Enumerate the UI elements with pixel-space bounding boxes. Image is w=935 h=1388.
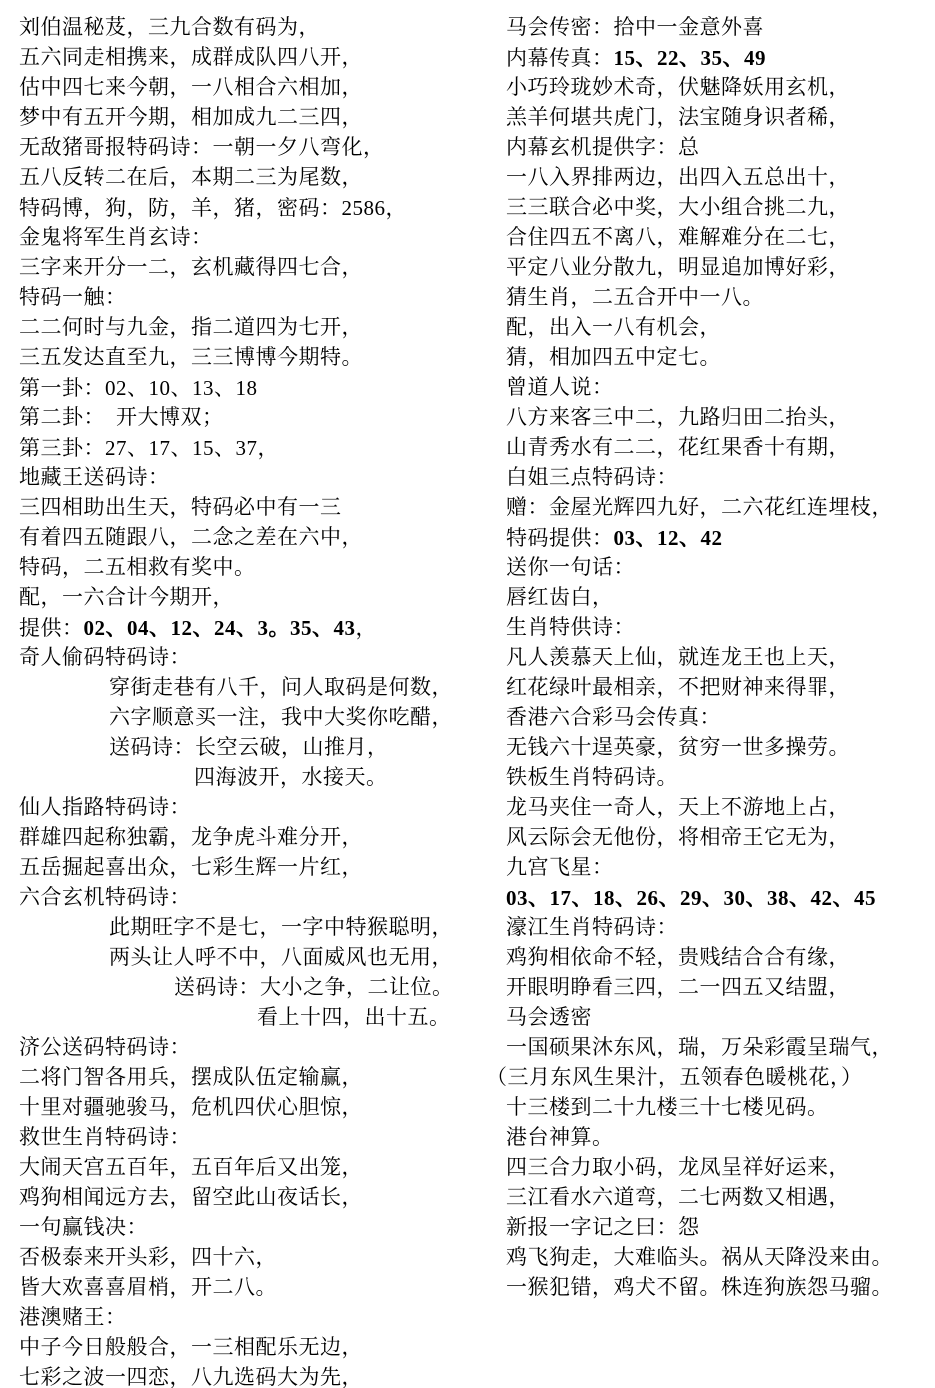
cjk-text-segment: 四海波开，水接天。 [194, 766, 388, 789]
cjk-text-segment: 五岳掘起喜出众，七彩生辉一片红， [19, 856, 363, 879]
text-line: 第二卦： 开大博双； [19, 403, 499, 433]
text-line: 红花绿叶最相亲，不把财神来得罪， [506, 673, 935, 703]
cjk-text-segment: ， [258, 437, 280, 460]
cjk-text-segment: 第一卦： [19, 377, 105, 400]
cjk-text-segment: 金鬼将军生肖玄诗： [19, 226, 213, 249]
text-line: 03、17、18、26、29、30、38、42、45 [506, 883, 935, 913]
cjk-text-segment: 内幕传真： [506, 47, 614, 70]
text-line: 一句赢钱决： [19, 1213, 499, 1243]
cjk-text-segment: 两头让人呼不中，八面威风也无用， [109, 946, 453, 969]
cjk-text-segment: 皆大欢喜喜眉梢，开二八。 [19, 1276, 277, 1299]
cjk-text-segment: ， [356, 617, 378, 640]
text-line: 十里对疆驰骏马，危机四伏心胆惊， [19, 1093, 499, 1123]
text-line: 五六同走相携来，成群成队四八开， [19, 43, 499, 73]
text-line: 特码博，狗，防，羊，猪，密码：2586， [19, 193, 499, 223]
cjk-text-segment: 送码诗：大小之争，二让位。 [174, 976, 454, 999]
cjk-text-segment: 开眼明睁看三四，二一四五又结盟， [506, 976, 850, 999]
text-line: 穿街走巷有八千，问人取码是何数， [109, 673, 499, 703]
cjk-text-segment: （三月东风生果汁，五领春色暖桃花，） [486, 1066, 863, 1089]
text-line: 鸡狗相闻远方去，留空此山夜话长， [19, 1183, 499, 1213]
text-line: 十三楼到二十九楼三十七楼见码。 [506, 1093, 935, 1123]
cjk-text-segment: 马会透密 [506, 1006, 592, 1029]
text-line: 两头让人呼不中，八面威风也无用， [109, 943, 499, 973]
cjk-text-segment: 二二何时与九金，指二道四为七开， [19, 316, 363, 339]
text-line: 开眼明睁看三四，二一四五又结盟， [506, 973, 935, 1003]
text-line: 奇人偷码特码诗： [19, 643, 499, 673]
cjk-text-segment: 鸡飞狗走，大难临头。祸从天降没来由。 [506, 1246, 893, 1269]
text-line: 大闹天宫五百年，五百年后又出笼， [19, 1153, 499, 1183]
number-segment: 03、12、42 [614, 526, 723, 550]
text-line: 小巧玲珑妙术奇，伏魅降妖用玄机， [506, 73, 935, 103]
cjk-text-segment: 大闹天宫五百年，五百年后又出笼， [19, 1156, 363, 1179]
cjk-text-segment: 奇人偷码特码诗： [19, 646, 191, 669]
text-line: 七彩之波一四恋，八九选码大为先， [19, 1363, 499, 1388]
text-line: 马会透密 [506, 1003, 935, 1033]
cjk-text-segment: 刘伯温秘芨，三九合数有码为， [19, 16, 320, 39]
cjk-text-segment: 赠：金屋光辉四九好，二六花红连埋枝， [506, 496, 893, 519]
number-segment: 27、17、15、37 [105, 436, 258, 460]
cjk-text-segment: 鸡狗相闻远方去，留空此山夜话长， [19, 1186, 363, 1209]
cjk-text-segment: 内幕玄机提供字：总 [506, 136, 700, 159]
cjk-text-segment: 九宫飞星： [506, 856, 614, 879]
cjk-text-segment: 唇红齿白， [506, 586, 614, 609]
cjk-text-segment: 曾道人说： [506, 376, 614, 399]
text-line: 马会传密：拾中一金意外喜 [506, 13, 935, 43]
cjk-text-segment: 二将门智各用兵，摆成队伍定输赢， [19, 1066, 363, 1089]
text-line: 鸡飞狗走，大难临头。祸从天降没来由。 [506, 1243, 935, 1273]
text-line: 一国硕果沐东风，瑞，万朵彩霞呈瑞气， [506, 1033, 935, 1063]
cjk-text-segment: 一八入界排两边，出四入五总出十， [506, 166, 850, 189]
cjk-text-segment: 穿街走巷有八千，问人取码是何数， [109, 676, 453, 699]
cjk-text-segment: 特码一触： [19, 286, 127, 309]
cjk-text-segment: 港台神算。 [506, 1126, 614, 1149]
text-line: 一八入界排两边，出四入五总出十， [506, 163, 935, 193]
text-line: 三五发达直至九，三三博博今期特。 [19, 343, 499, 373]
text-line: 香港六合彩马会传真： [506, 703, 935, 733]
cjk-text-segment: 送你一句话： [506, 556, 635, 579]
cjk-text-segment: 濠江生肖特码诗： [506, 916, 678, 939]
cjk-text-segment: 一猴犯错，鸡犬不留。株连狗族怨马骝。 [506, 1276, 893, 1299]
tip-sheet-page: 刘伯温秘芨，三九合数有码为，五六同走相携来，成群成队四八开，估中四七来今朝，一八… [0, 0, 935, 1388]
text-line: 山青秀水有二二，花红果香十有期， [506, 433, 935, 463]
text-line: 猜生肖，二五合开中一八。 [506, 283, 935, 313]
text-line: 第一卦：02、10、13、18 [19, 373, 499, 403]
cjk-text-segment: 铁板生肖特码诗。 [506, 766, 678, 789]
left-column: 刘伯温秘芨，三九合数有码为，五六同走相携来，成群成队四八开，估中四七来今朝，一八… [19, 13, 499, 1388]
text-line: 三四相助出生天，特码必中有一三 [19, 493, 499, 523]
text-line: 提供：02、04、12、24、3。35、43， [19, 613, 499, 643]
text-line: 五岳掘起喜出众，七彩生辉一片红， [19, 853, 499, 883]
cjk-text-segment: 马会传密：拾中一金意外喜 [506, 16, 764, 39]
text-line: 六字顺意买一注，我中大奖你吃醋， [109, 703, 499, 733]
text-line: 四三合力取小码，龙凤呈祥好运来， [506, 1153, 935, 1183]
cjk-text-segment: 一国硕果沐东风，瑞，万朵彩霞呈瑞气， [506, 1036, 893, 1059]
cjk-text-segment: 四三合力取小码，龙凤呈祥好运来， [506, 1156, 850, 1179]
cjk-text-segment: 第二卦： 开大博双； [19, 406, 224, 429]
text-line: 鸡狗相依命不轻，贵贱结合合有缘， [506, 943, 935, 973]
number-segment: 15、22、35、49 [614, 46, 767, 70]
text-line: 配，一六合计今期开， [19, 583, 499, 613]
text-line: 第三卦：27、17、15、37， [19, 433, 499, 463]
text-line: 梦中有五开今期，相加成九二三四， [19, 103, 499, 133]
text-line: 无钱六十逞英豪，贫穷一世多操劳。 [506, 733, 935, 763]
cjk-text-segment: 有着四五随跟八，二念之差在六中， [19, 526, 363, 549]
text-line: 合住四五不离八，难解难分在二七， [506, 223, 935, 253]
text-line: 特码一触： [19, 283, 499, 313]
cjk-text-segment: 凡人羡慕天上仙，就连龙王也上天， [506, 646, 850, 669]
text-line: 曾道人说： [506, 373, 935, 403]
text-line: 凡人羡慕天上仙，就连龙王也上天， [506, 643, 935, 673]
cjk-text-segment: 群雄四起称独霸，龙争虎斗难分开， [19, 826, 363, 849]
text-line: 送码诗：大小之争，二让位。 [174, 973, 499, 1003]
text-line: 二将门智各用兵，摆成队伍定输赢， [19, 1063, 499, 1093]
cjk-text-segment: 五八反转二在后，本期二三为尾数， [19, 166, 363, 189]
text-line: 金鬼将军生肖玄诗： [19, 223, 499, 253]
text-line: 龙马夹住一奇人，天上不游地上占， [506, 793, 935, 823]
cjk-text-segment: 六合玄机特码诗： [19, 886, 191, 909]
text-line: 群雄四起称独霸，龙争虎斗难分开， [19, 823, 499, 853]
text-line: 送码诗：长空云破，山推月， [109, 733, 499, 763]
text-line: 三江看水六道弯，二七两数又相遇， [506, 1183, 935, 1213]
text-line: 此期旺字不是七，一字中特猴聪明， [109, 913, 499, 943]
cjk-text-segment: 羔羊何堪共虎门，法宝随身识者稀， [506, 106, 850, 129]
number-segment: 02、10、13、18 [105, 376, 258, 400]
text-line: 三字来开分一二，玄机藏得四七合， [19, 253, 499, 283]
text-line: 生肖特供诗： [506, 613, 935, 643]
cjk-text-segment: 港澳赌王： [19, 1306, 127, 1329]
cjk-text-segment: 此期旺字不是七，一字中特猴聪明， [109, 916, 453, 939]
cjk-text-segment: 仙人指路特码诗： [19, 796, 191, 819]
text-line: 送你一句话： [506, 553, 935, 583]
cjk-text-segment: 配，一六合计今期开， [19, 586, 234, 609]
text-line: 刘伯温秘芨，三九合数有码为， [19, 13, 499, 43]
cjk-text-segment: 特码博，狗，防，羊，猪，密码： [19, 197, 342, 220]
cjk-text-segment: 中子今日般般合，一三相配乐无边， [19, 1336, 363, 1359]
cjk-text-segment: 救世生肖特码诗： [19, 1126, 191, 1149]
cjk-text-segment: 新报一字记之曰：怨 [506, 1216, 700, 1239]
cjk-text-segment: 特码，二五相救有奖中。 [19, 556, 256, 579]
text-line: 平定八业分散九，明显追加博好彩， [506, 253, 935, 283]
number-segment: 03、17、18、26、29、30、38、42、45 [506, 886, 876, 910]
text-line: 估中四七来今朝，一八相合六相加， [19, 73, 499, 103]
cjk-text-segment: 三江看水六道弯，二七两数又相遇， [506, 1186, 850, 1209]
cjk-text-segment: 八方来客三中二，九路归田二抬头， [506, 406, 850, 429]
cjk-text-segment: 六字顺意买一注，我中大奖你吃醋， [109, 706, 453, 729]
text-line: 内幕传真：15、22、35、49 [506, 43, 935, 73]
text-line: 无敌猪哥报特码诗：一朝一夕八弯化， [19, 133, 499, 163]
cjk-text-segment: 山青秀水有二二，花红果香十有期， [506, 436, 850, 459]
cjk-text-segment: 估中四七来今朝，一八相合六相加， [19, 76, 363, 99]
text-line: 猜，相加四五中定七。 [506, 343, 935, 373]
cjk-text-segment: 否极泰来开头彩，四十六， [19, 1246, 277, 1269]
cjk-text-segment: 三五发达直至九，三三博博今期特。 [19, 346, 363, 369]
cjk-text-segment: 无钱六十逞英豪，贫穷一世多操劳。 [506, 736, 850, 759]
text-line: 有着四五随跟八，二念之差在六中， [19, 523, 499, 553]
cjk-text-segment: 七彩之波一四恋，八九选码大为先， [19, 1366, 363, 1388]
text-line: （三月东风生果汁，五领春色暖桃花，） [486, 1063, 935, 1093]
text-line: 五八反转二在后，本期二三为尾数， [19, 163, 499, 193]
cjk-text-segment: 红花绿叶最相亲，不把财神来得罪， [506, 676, 850, 699]
cjk-text-segment: 济公送码特码诗： [19, 1036, 191, 1059]
cjk-text-segment: 猜，相加四五中定七。 [506, 346, 721, 369]
cjk-text-segment: 白姐三点特码诗： [506, 466, 678, 489]
cjk-text-segment: 香港六合彩马会传真： [506, 706, 721, 729]
cjk-text-segment: 送码诗：长空云破，山推月， [109, 736, 389, 759]
cjk-text-segment: 三三联合必中奖，大小组合挑二九， [506, 196, 850, 219]
cjk-text-segment: 第三卦： [19, 437, 105, 460]
cjk-text-segment: 风云际会无他份，将相帝王它无为， [506, 826, 850, 849]
cjk-text-segment: 一句赢钱决： [19, 1216, 148, 1239]
cjk-text-segment: 无敌猪哥报特码诗：一朝一夕八弯化， [19, 136, 385, 159]
text-line: 四海波开，水接天。 [194, 763, 499, 793]
cjk-text-segment: 梦中有五开今期，相加成九二三四， [19, 106, 363, 129]
text-line: 三三联合必中奖，大小组合挑二九， [506, 193, 935, 223]
text-line: 否极泰来开头彩，四十六， [19, 1243, 499, 1273]
text-line: 白姐三点特码诗： [506, 463, 935, 493]
cjk-text-segment: 龙马夹住一奇人，天上不游地上占， [506, 796, 850, 819]
text-line: 特码，二五相救有奖中。 [19, 553, 499, 583]
cjk-text-segment: 配，出入一八有机会， [506, 316, 721, 339]
cjk-text-segment: 地藏王送码诗： [19, 466, 170, 489]
cjk-text-segment: 提供： [19, 617, 84, 640]
cjk-text-segment: 合住四五不离八，难解难分在二七， [506, 226, 850, 249]
cjk-text-segment: 看上十四，出十五。 [257, 1006, 451, 1029]
text-line: 八方来客三中二，九路归田二抬头， [506, 403, 935, 433]
cjk-text-segment: 三四相助出生天，特码必中有一三 [19, 496, 342, 519]
cjk-text-segment: 小巧玲珑妙术奇，伏魅降妖用玄机， [506, 76, 850, 99]
text-line: 仙人指路特码诗： [19, 793, 499, 823]
right-column: 马会传密：拾中一金意外喜内幕传真：15、22、35、49小巧玲珑妙术奇，伏魅降妖… [506, 13, 935, 1303]
text-line: 六合玄机特码诗： [19, 883, 499, 913]
text-line: 特码提供：03、12、42 [506, 523, 935, 553]
cjk-text-segment: 平定八业分散九，明显追加博好彩， [506, 256, 850, 279]
cjk-text-segment: 十三楼到二十九楼三十七楼见码。 [506, 1096, 829, 1119]
text-line: 皆大欢喜喜眉梢，开二八。 [19, 1273, 499, 1303]
cjk-text-segment: 五六同走相携来，成群成队四八开， [19, 46, 363, 69]
text-line: 二二何时与九金，指二道四为七开， [19, 313, 499, 343]
text-line: 港台神算。 [506, 1123, 935, 1153]
cjk-text-segment: 三字来开分一二，玄机藏得四七合， [19, 256, 363, 279]
cjk-text-segment: ， [386, 197, 408, 220]
cjk-text-segment: 猜生肖，二五合开中一八。 [506, 286, 764, 309]
text-line: 内幕玄机提供字：总 [506, 133, 935, 163]
text-line: 救世生肖特码诗： [19, 1123, 499, 1153]
text-line: 中子今日般般合，一三相配乐无边， [19, 1333, 499, 1363]
number-segment: 02、04、12、24、3。35、43 [84, 616, 356, 640]
text-line: 新报一字记之曰：怨 [506, 1213, 935, 1243]
number-segment: 2586 [342, 196, 386, 220]
text-line: 一猴犯错，鸡犬不留。株连狗族怨马骝。 [506, 1273, 935, 1303]
text-line: 赠：金屋光辉四九好，二六花红连埋枝， [506, 493, 935, 523]
text-line: 唇红齿白， [506, 583, 935, 613]
text-line: 羔羊何堪共虎门，法宝随身识者稀， [506, 103, 935, 133]
text-line: 九宫飞星： [506, 853, 935, 883]
text-line: 地藏王送码诗： [19, 463, 499, 493]
cjk-text-segment: 生肖特供诗： [506, 616, 635, 639]
cjk-text-segment: 十里对疆驰骏马，危机四伏心胆惊， [19, 1096, 363, 1119]
text-line: 濠江生肖特码诗： [506, 913, 935, 943]
text-line: 风云际会无他份，将相帝王它无为， [506, 823, 935, 853]
text-line: 配，出入一八有机会， [506, 313, 935, 343]
text-line: 港澳赌王： [19, 1303, 499, 1333]
text-line: 看上十四，出十五。 [257, 1003, 499, 1033]
cjk-text-segment: 鸡狗相依命不轻，贵贱结合合有缘， [506, 946, 850, 969]
text-line: 济公送码特码诗： [19, 1033, 499, 1063]
cjk-text-segment: 特码提供： [506, 527, 614, 550]
text-line: 铁板生肖特码诗。 [506, 763, 935, 793]
